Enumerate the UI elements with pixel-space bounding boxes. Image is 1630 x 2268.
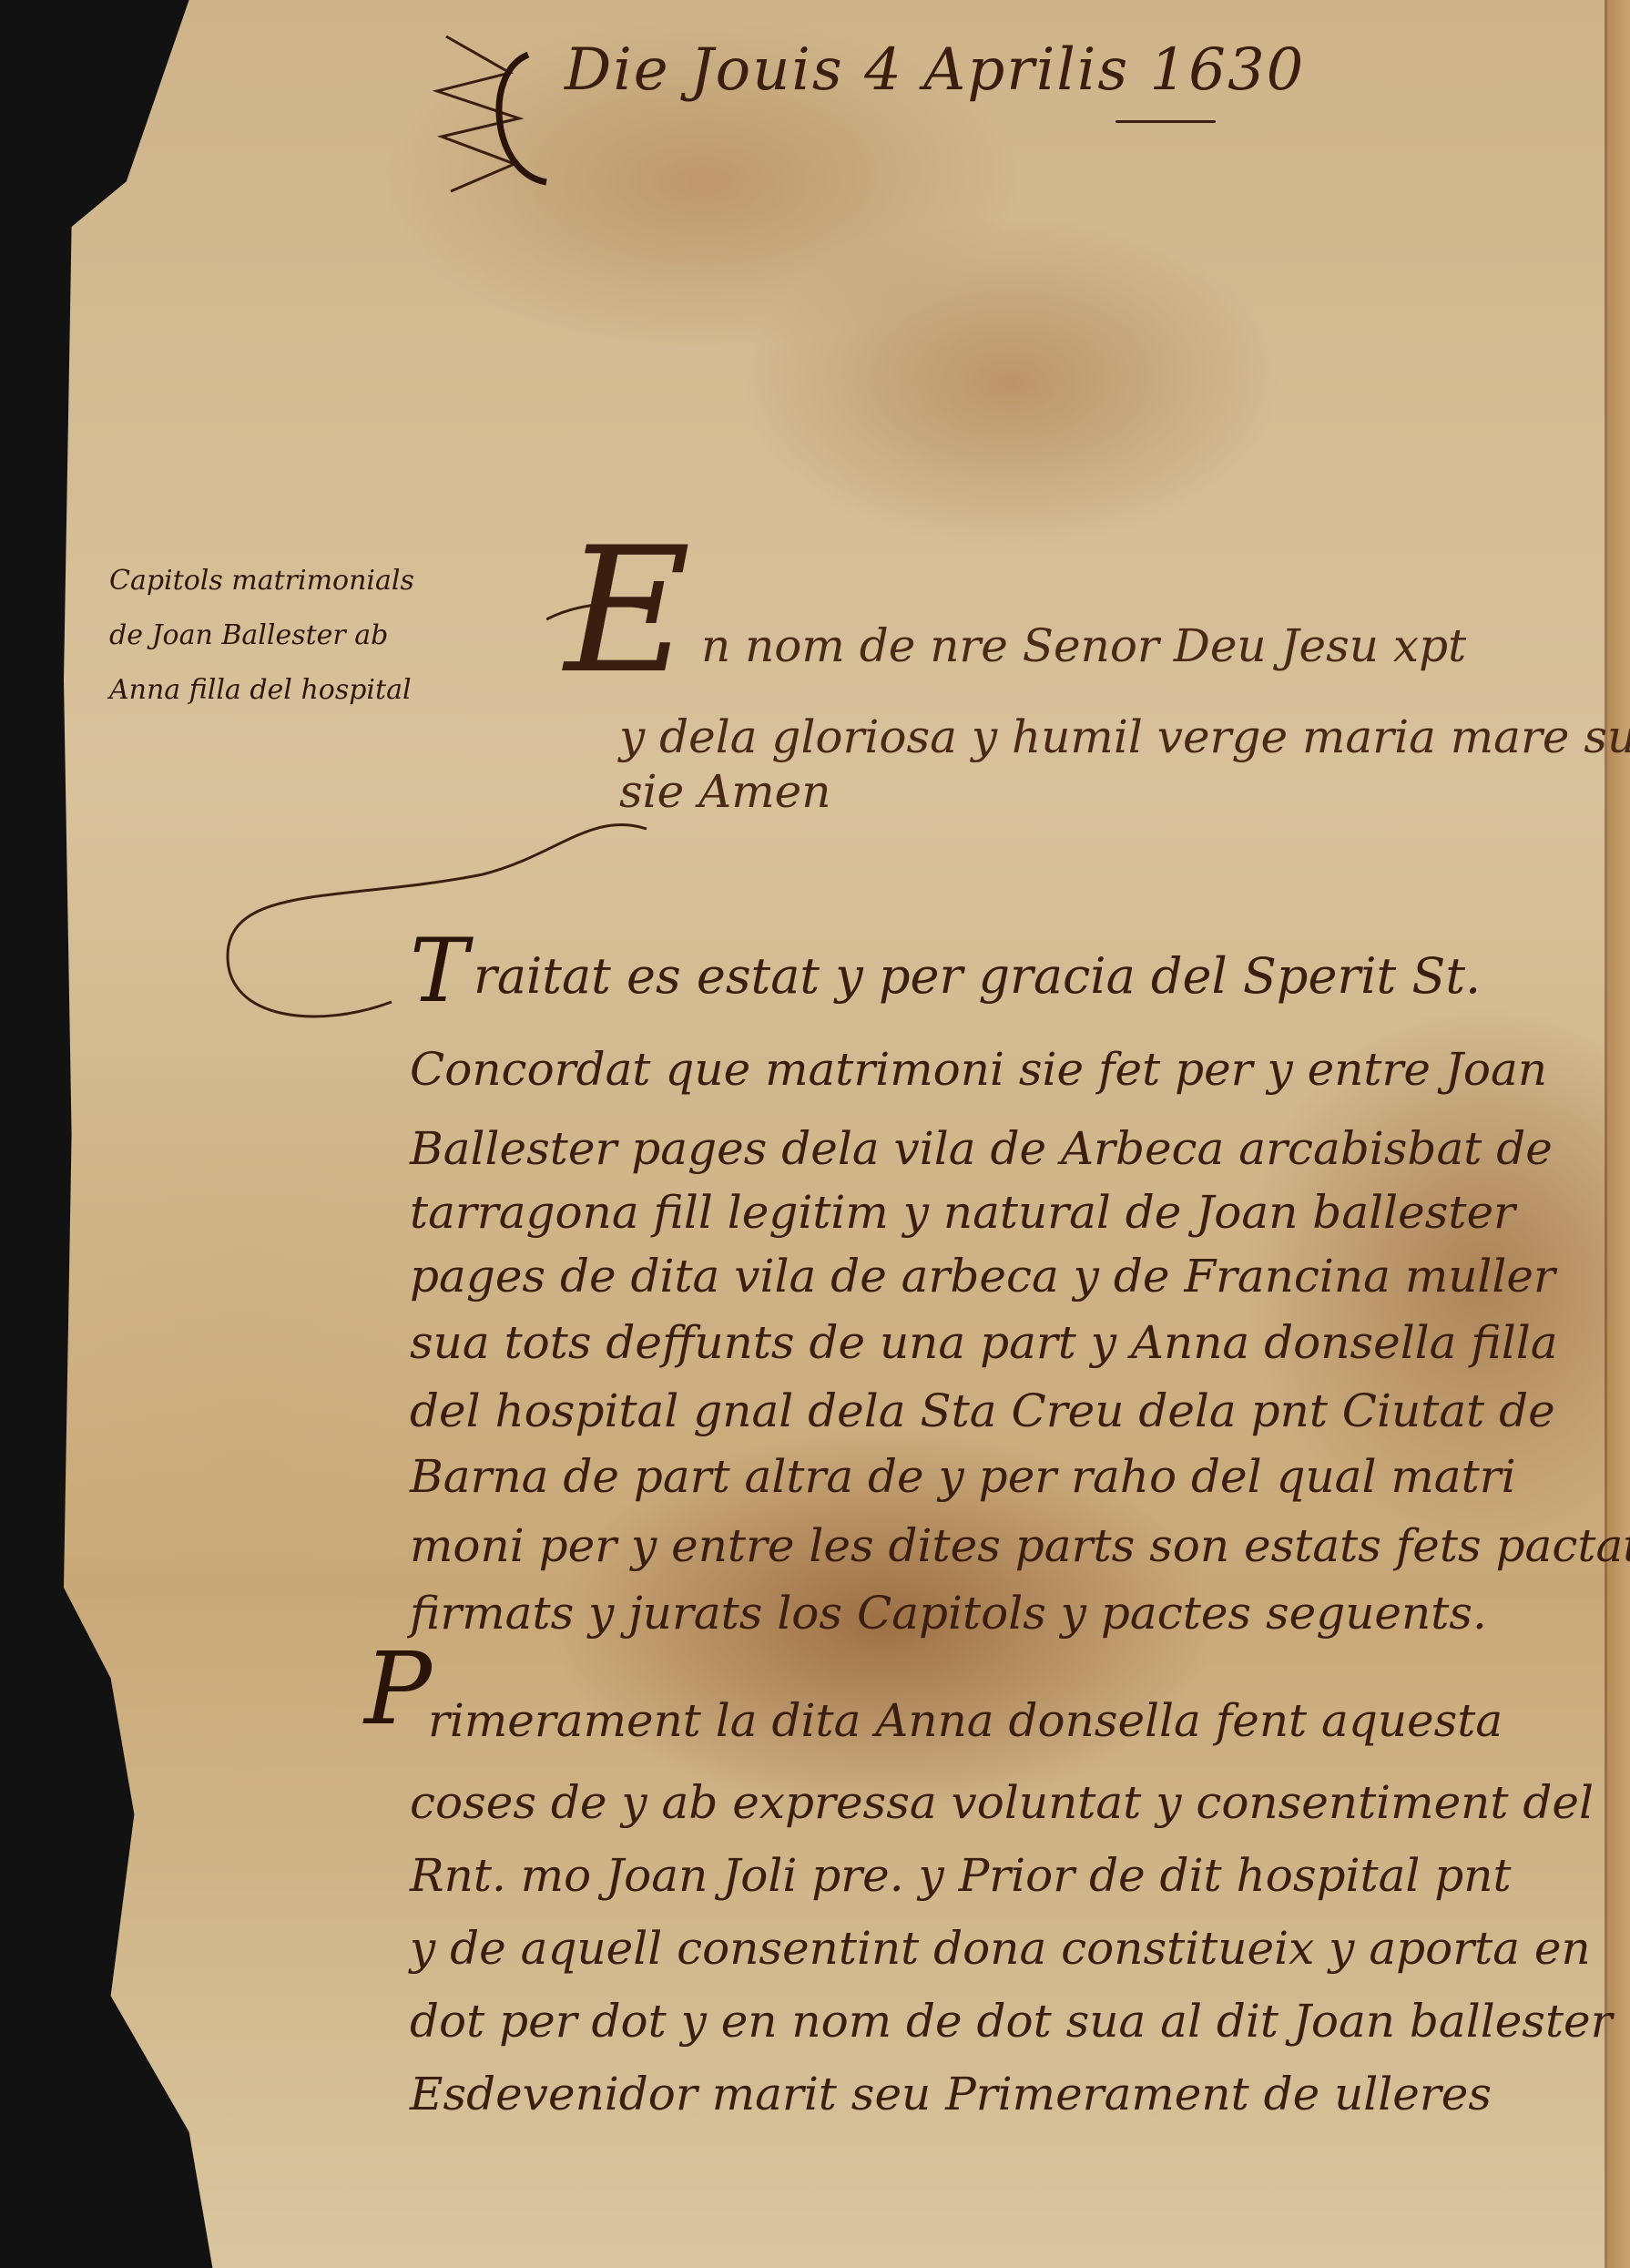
decorated-initial: T xyxy=(410,920,468,1022)
body-line: Esdevenidor marit seu Primerament de ull… xyxy=(410,2068,1492,2120)
date-underline xyxy=(1116,120,1216,123)
body-line: coses de y ab expressa voluntat y consen… xyxy=(410,1776,1594,1829)
notarial-flourish-icon xyxy=(428,18,574,200)
body-line: y de aquell consentint dona constitueix … xyxy=(410,1922,1591,1975)
body-line: Concordat que matrimoni sie fet per y en… xyxy=(410,1043,1547,1096)
body-line: Rnt. mo Joan Joli pre. y Prior de dit ho… xyxy=(410,1849,1512,1902)
body-line: tarragona fill legitim y natural de Joan… xyxy=(410,1186,1515,1239)
decorated-initial: E xyxy=(565,510,691,711)
body-line: moni per y entre les dites parts son est… xyxy=(410,1519,1630,1572)
body-line: del hospital gnal dela Sta Creu dela pnt… xyxy=(410,1384,1555,1437)
body-line: Barna de part altra de y per raho del qu… xyxy=(410,1450,1516,1503)
body-line: pages de dita vila de arbeca y de Franci… xyxy=(410,1250,1555,1303)
header-date: Die Jouis 4 Aprilis 1630 xyxy=(565,36,1305,104)
body-line: firmats y jurats los Capitols y pactes s… xyxy=(410,1587,1487,1640)
adjacent-page-edge xyxy=(1607,0,1630,2268)
invocation-line: n nom de nre Senor Deu Jesu xpt xyxy=(701,619,1466,672)
margin-note-line: Anna filla del hospital xyxy=(109,674,412,706)
decorated-initial: P xyxy=(364,1630,432,1747)
body-line: sua tots deffunts de una part y Anna don… xyxy=(410,1316,1558,1369)
invocation-line: y dela gloriosa y humil verge maria mare… xyxy=(619,710,1630,763)
body-line: raitat es estat y per gracia del Sperit … xyxy=(474,947,1481,1005)
body-line: rimerament la dita Anna donsella fent aq… xyxy=(428,1694,1503,1747)
body-line: dot per dot y en nom de dot sua al dit J… xyxy=(410,1995,1613,2048)
margin-note-line: Capitols matrimonials xyxy=(109,565,414,597)
invocation-line: sie Amen xyxy=(619,765,830,818)
margin-note-line: de Joan Ballester ab xyxy=(109,619,388,651)
body-line: Ballester pages dela vila de Arbeca arca… xyxy=(410,1122,1553,1175)
